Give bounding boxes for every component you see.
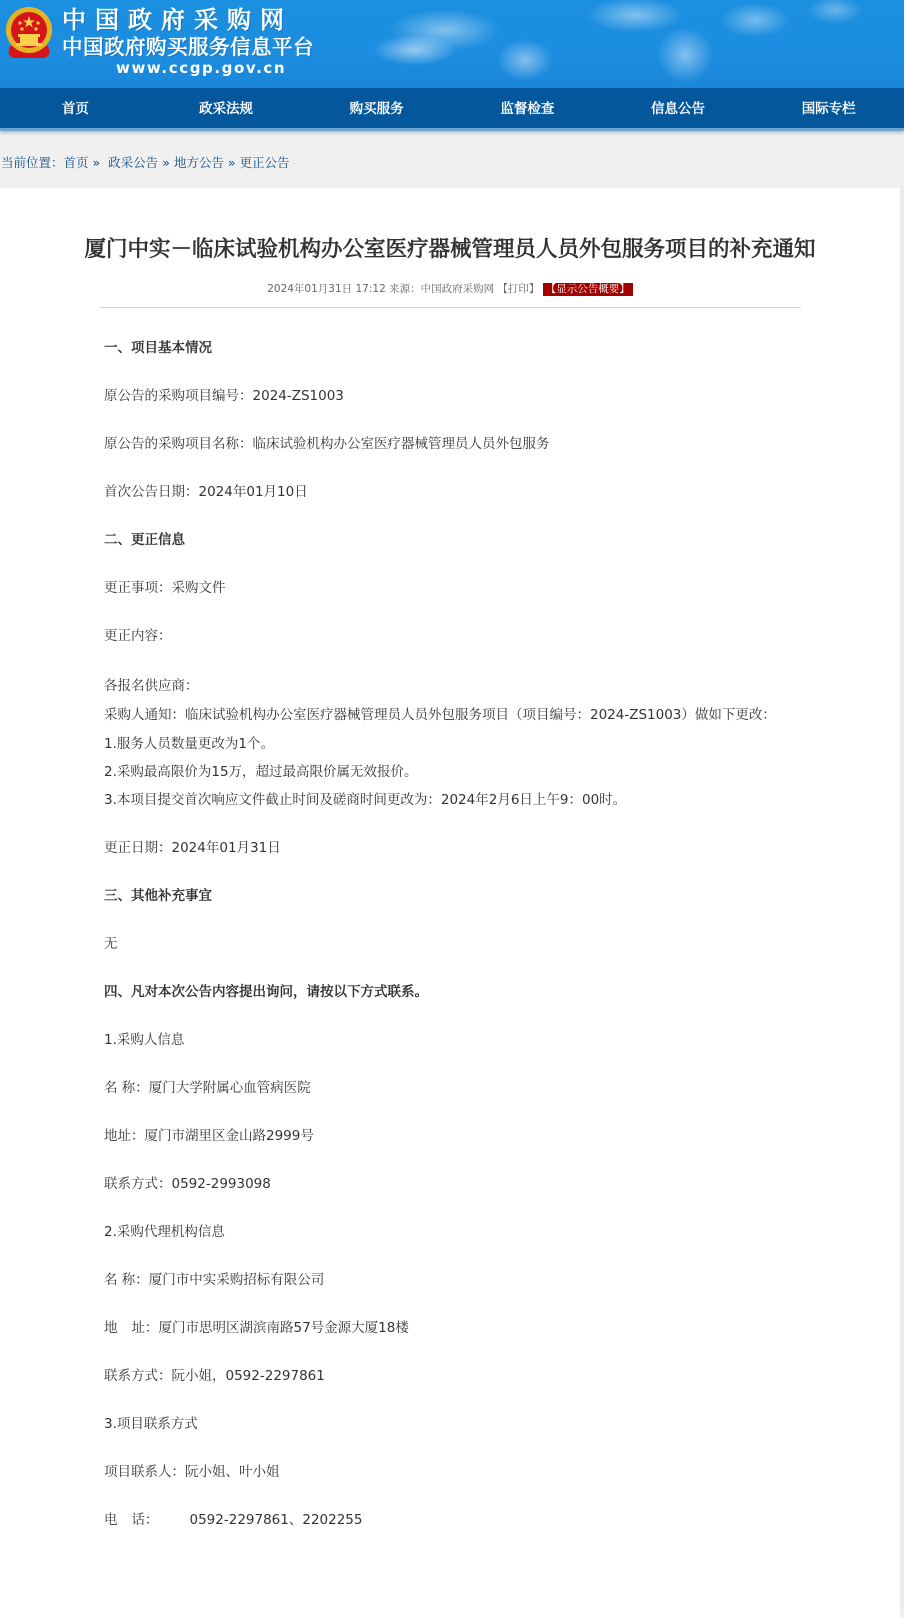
correction-notice: 采购人通知：临床试验机构办公室医疗器械管理员人员外包服务项目（项目编号：2024…	[104, 701, 790, 730]
original-project-number: 原公告的采购项目编号：2024-ZS1003	[104, 386, 790, 406]
section1-heading: 一、项目基本情况	[104, 338, 790, 358]
correction-content-label: 更正内容：	[104, 626, 790, 646]
change-item-2: 2.采购最高限价为15万，超过最高限价属无效报价。	[104, 758, 790, 786]
purchaser-name: 名 称：厦门大学附属心血管病医院	[104, 1078, 790, 1098]
source-label: 来源：	[389, 283, 421, 295]
correction-item: 更正事项：采购文件	[104, 578, 790, 598]
phone-label-2: 话：	[132, 1512, 159, 1528]
article-panel: 厦门中实－临床试验机构办公室医疗器械管理员人员外包服务项目的补充通知 2024年…	[0, 188, 900, 1618]
agency-info-title: 2.采购代理机构信息	[104, 1222, 790, 1242]
page-scroll-edge	[900, 186, 904, 1609]
project-contact-phone: 电话：0592-2297861、2202255	[104, 1510, 790, 1530]
original-project-name: 原公告的采购项目名称：临床试验机构办公室医疗器械管理员人员外包服务	[104, 434, 790, 454]
site-header-banner: 中国政府采购网 中国政府购买服务信息平台 www.ccgp.gov.cn	[0, 0, 904, 88]
first-announcement-date: 首次公告日期：2024年01月10日	[104, 482, 790, 502]
nav-item-home[interactable]: 首页	[0, 88, 151, 128]
nav-item-international[interactable]: 国际专栏	[753, 88, 904, 128]
agency-address: 地址：厦门市思明区湖滨南路57号金源大厦18楼	[104, 1318, 790, 1338]
breadcrumb-separator: »	[162, 155, 170, 170]
source-name: 中国政府采购网	[421, 283, 495, 295]
publish-datetime: 2024年01月31日 17:12	[267, 283, 386, 295]
nav-item-regulations[interactable]: 政采法规	[151, 88, 302, 128]
nav-item-purchase-services[interactable]: 购买服务	[301, 88, 452, 128]
site-url[interactable]: www.ccgp.gov.cn	[116, 58, 286, 78]
show-summary-button[interactable]: 【显示公告概要】	[543, 283, 633, 296]
purchaser-contact: 联系方式：0592-2993098	[104, 1174, 790, 1194]
article-title: 厦门中实－临床试验机构办公室医疗器械管理员人员外包服务项目的补充通知	[0, 188, 900, 264]
cloud-background	[355, 0, 904, 88]
article-meta: 2024年01月31日 17:12 来源：中国政府采购网 【打印】 【显示公告概…	[0, 282, 900, 296]
change-item-1: 1.服务人员数量更改为1个。	[104, 730, 790, 758]
section3-content: 无	[104, 934, 790, 954]
breadcrumb: 当前位置：首页» 政采公告»地方公告»更正公告	[0, 131, 904, 188]
title-divider	[99, 307, 801, 308]
section2-heading: 二、更正信息	[104, 530, 790, 550]
agency-name: 名 称：厦门市中实采购招标有限公司	[104, 1270, 790, 1290]
agency-contact: 联系方式：阮小姐，0592-2297861	[104, 1366, 790, 1386]
breadcrumb-prefix: 当前位置：	[1, 155, 64, 170]
nav-item-supervision[interactable]: 监督检查	[452, 88, 603, 128]
print-link[interactable]: 【打印】	[497, 283, 539, 295]
agency-address-value: 址：厦门市思明区湖滨南路57号金源大厦18楼	[132, 1320, 409, 1336]
site-subtitle: 中国政府购买服务信息平台	[62, 35, 314, 59]
phone-value: 0592-2297861、2202255	[190, 1512, 363, 1528]
phone-label-1: 电	[104, 1512, 118, 1528]
breadcrumb-procurement-announcements[interactable]: 政采公告	[108, 155, 158, 170]
section4-heading: 四、凡对本次公告内容提出询问，请按以下方式联系。	[104, 982, 790, 1002]
purchaser-info-title: 1.采购人信息	[104, 1030, 790, 1050]
section3-heading: 三、其他补充事宜	[104, 886, 790, 906]
project-contact-person: 项目联系人：阮小姐、叶小姐	[104, 1462, 790, 1482]
breadcrumb-separator: »	[93, 155, 101, 170]
change-item-3: 3.本项目提交首次响应文件截止时间及磋商时间更改为：2024年2月6日上午9：0…	[104, 786, 790, 814]
main-nav: 首页 政采法规 购买服务 监督检查 信息公告 国际专栏	[0, 88, 904, 131]
nav-item-announcements[interactable]: 信息公告	[603, 88, 754, 128]
purchaser-address: 地址：厦门市湖里区金山路2999号	[104, 1126, 790, 1146]
project-contact-title: 3.项目联系方式	[104, 1414, 790, 1434]
agency-address-label: 地	[104, 1320, 118, 1336]
breadcrumb-local-announcements[interactable]: 地方公告	[174, 155, 224, 170]
site-title: 中国政府采购网	[62, 6, 293, 34]
correction-addressee: 各报名供应商：	[104, 672, 790, 701]
breadcrumb-separator: »	[228, 155, 236, 170]
breadcrumb-correction-announcements[interactable]: 更正公告	[240, 155, 290, 170]
correction-date: 更正日期：2024年01月31日	[104, 838, 790, 858]
national-emblem-icon[interactable]	[4, 6, 54, 60]
article-body: 一、项目基本情况 原公告的采购项目编号：2024-ZS1003 原公告的采购项目…	[0, 338, 900, 1530]
breadcrumb-home[interactable]: 首页	[64, 155, 89, 170]
